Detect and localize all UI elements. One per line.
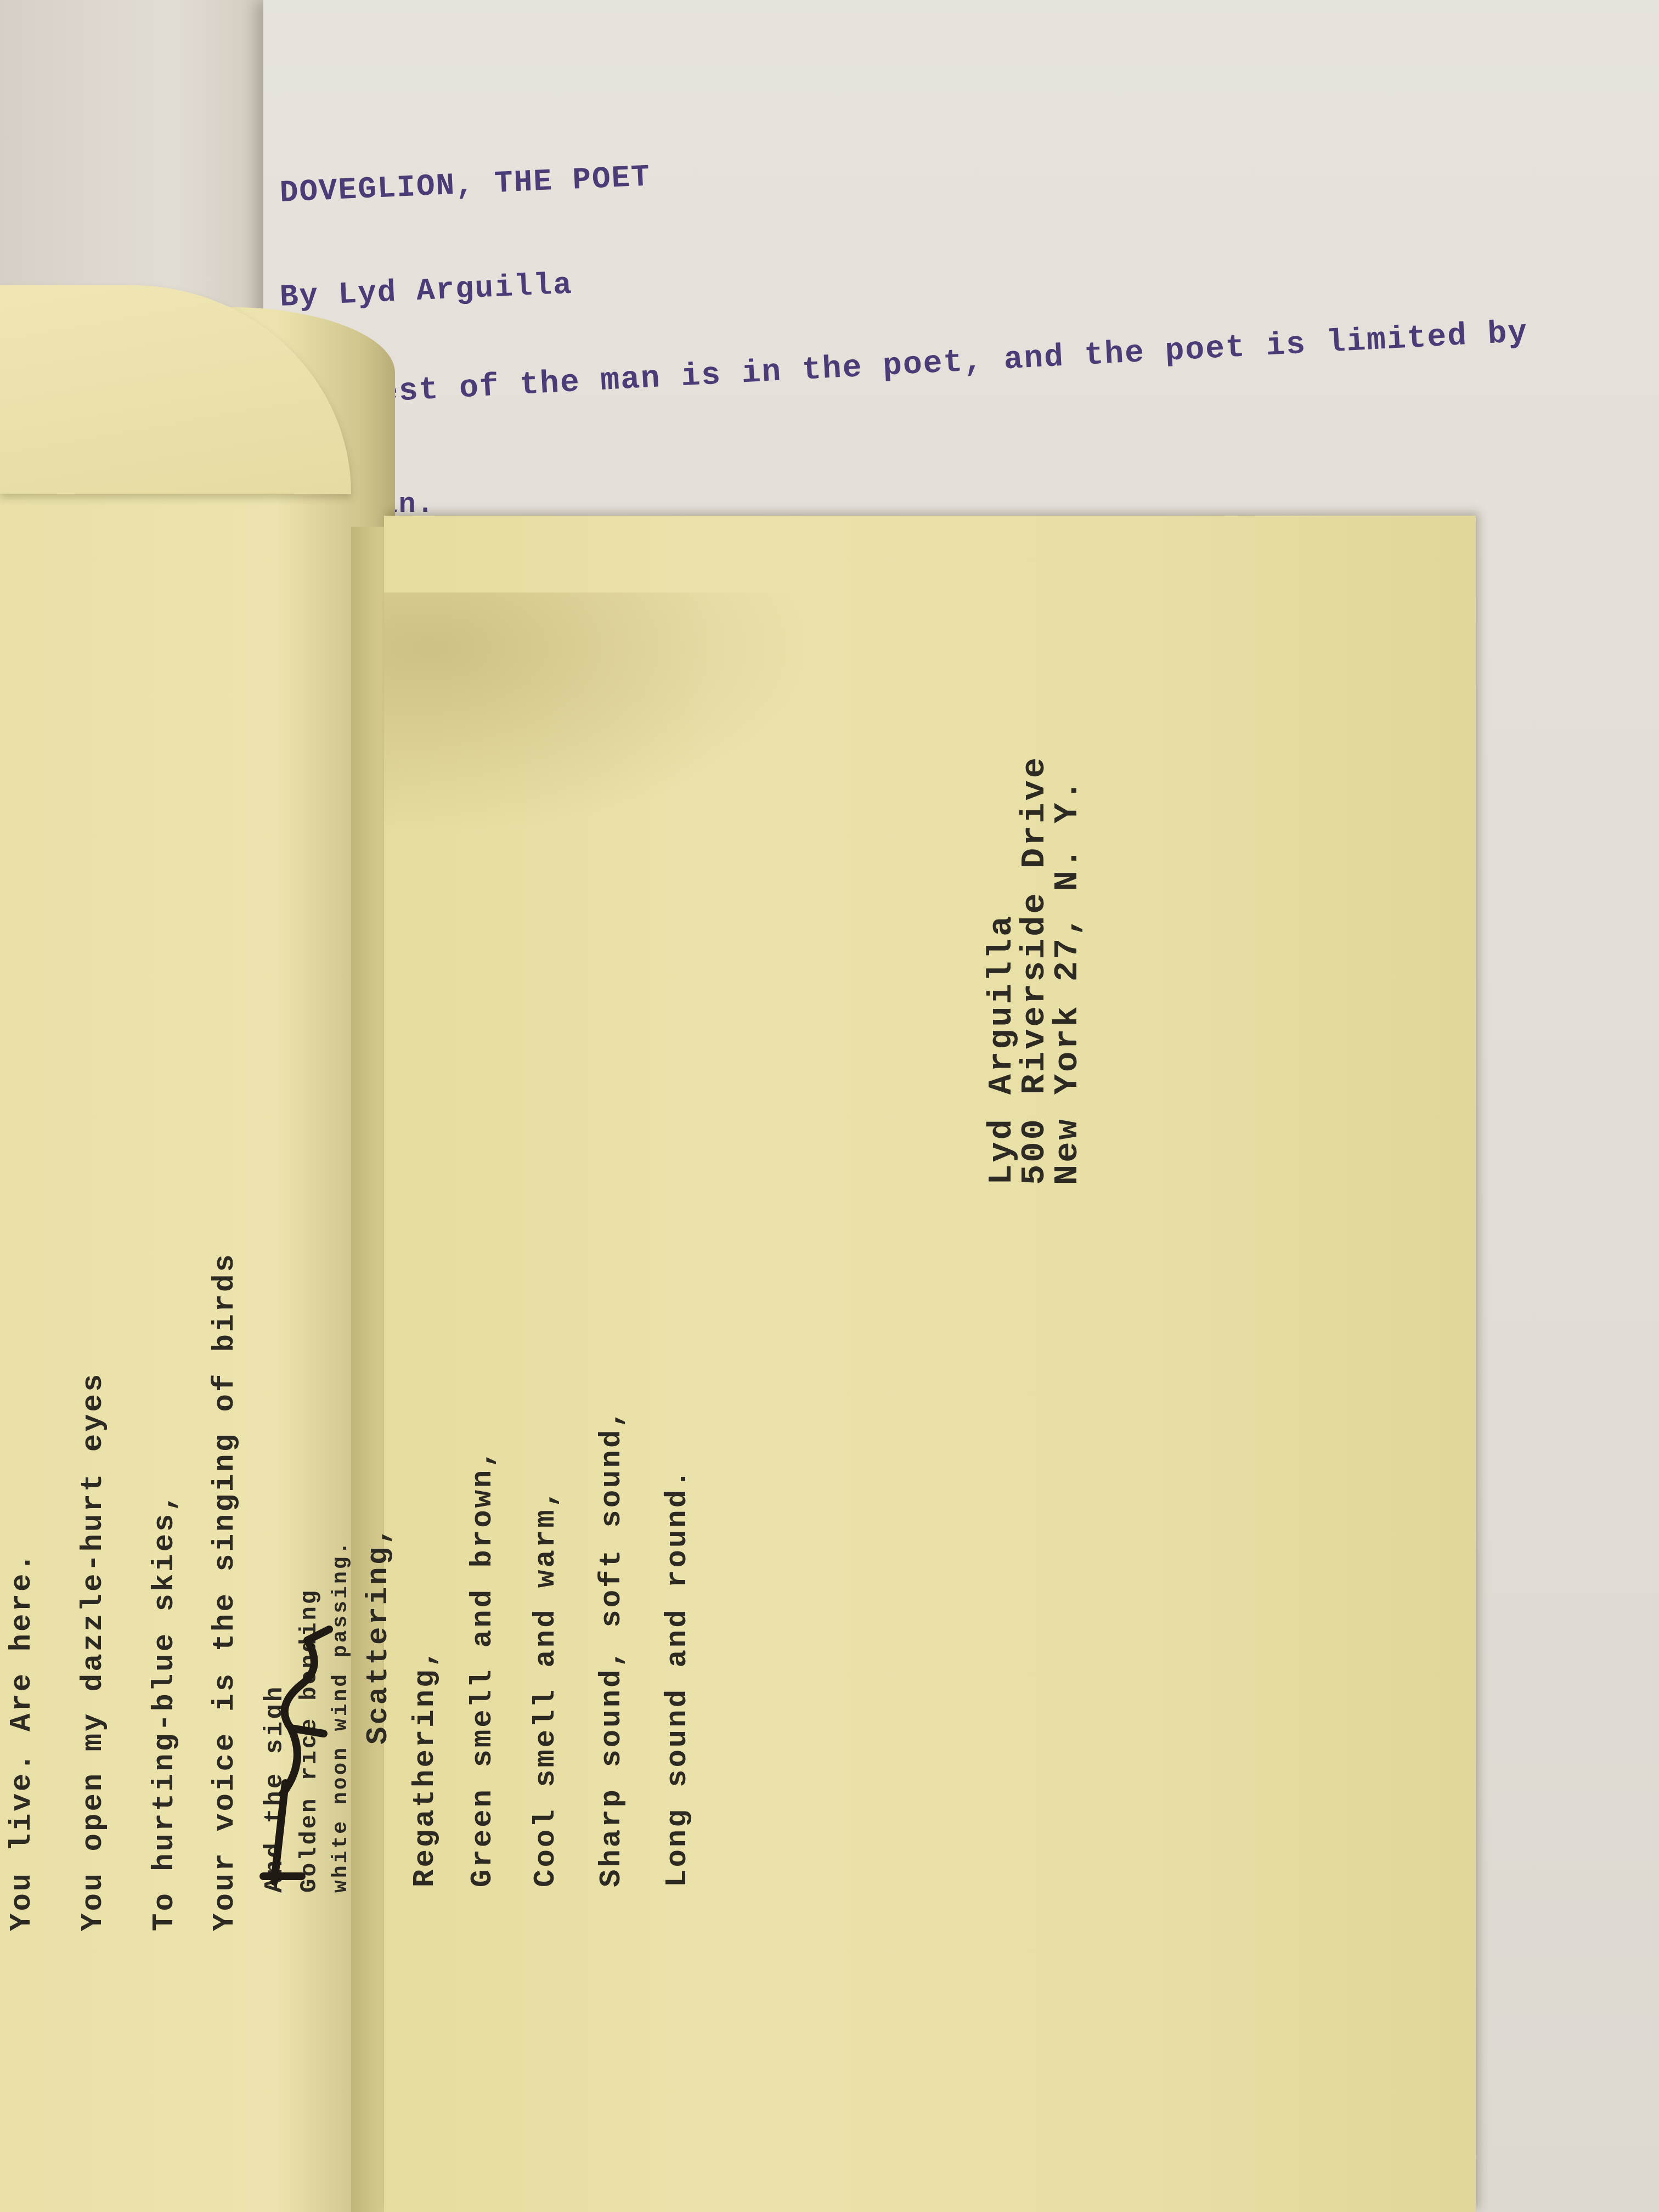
poem-line: Green smell and brown,: [466, 1448, 500, 1887]
poem-line: Scattering,: [362, 1525, 396, 1745]
poem-line: Sharp sound, soft sound,: [595, 1408, 629, 1887]
poem-line: Regathering,: [409, 1647, 442, 1887]
manuscript-body-line: E best of the man is in the poet, and th…: [317, 315, 1529, 414]
poem-line: Long sound and round.: [661, 1468, 695, 1887]
poem-line: Your voice is the singing of birds: [208, 1252, 242, 1931]
manuscript-title: DOVEGLION, THE POET: [279, 160, 652, 211]
folded-yellow-sheet: [0, 307, 395, 2212]
poem-line: Cool smell and warm,: [529, 1488, 563, 1887]
poem-line: You open my dazzle-hurt eyes: [77, 1372, 110, 1931]
handwritten-correction: [252, 1618, 351, 1904]
manuscript-byline: By Lyd Arguilla: [279, 267, 573, 315]
poem-line: To hurting-blue skies,: [148, 1492, 182, 1931]
address-city: New York 27, N. Y.: [1048, 778, 1087, 1185]
paper-crease: [384, 592, 878, 867]
poem-line: You live. Are here.: [5, 1551, 39, 1931]
